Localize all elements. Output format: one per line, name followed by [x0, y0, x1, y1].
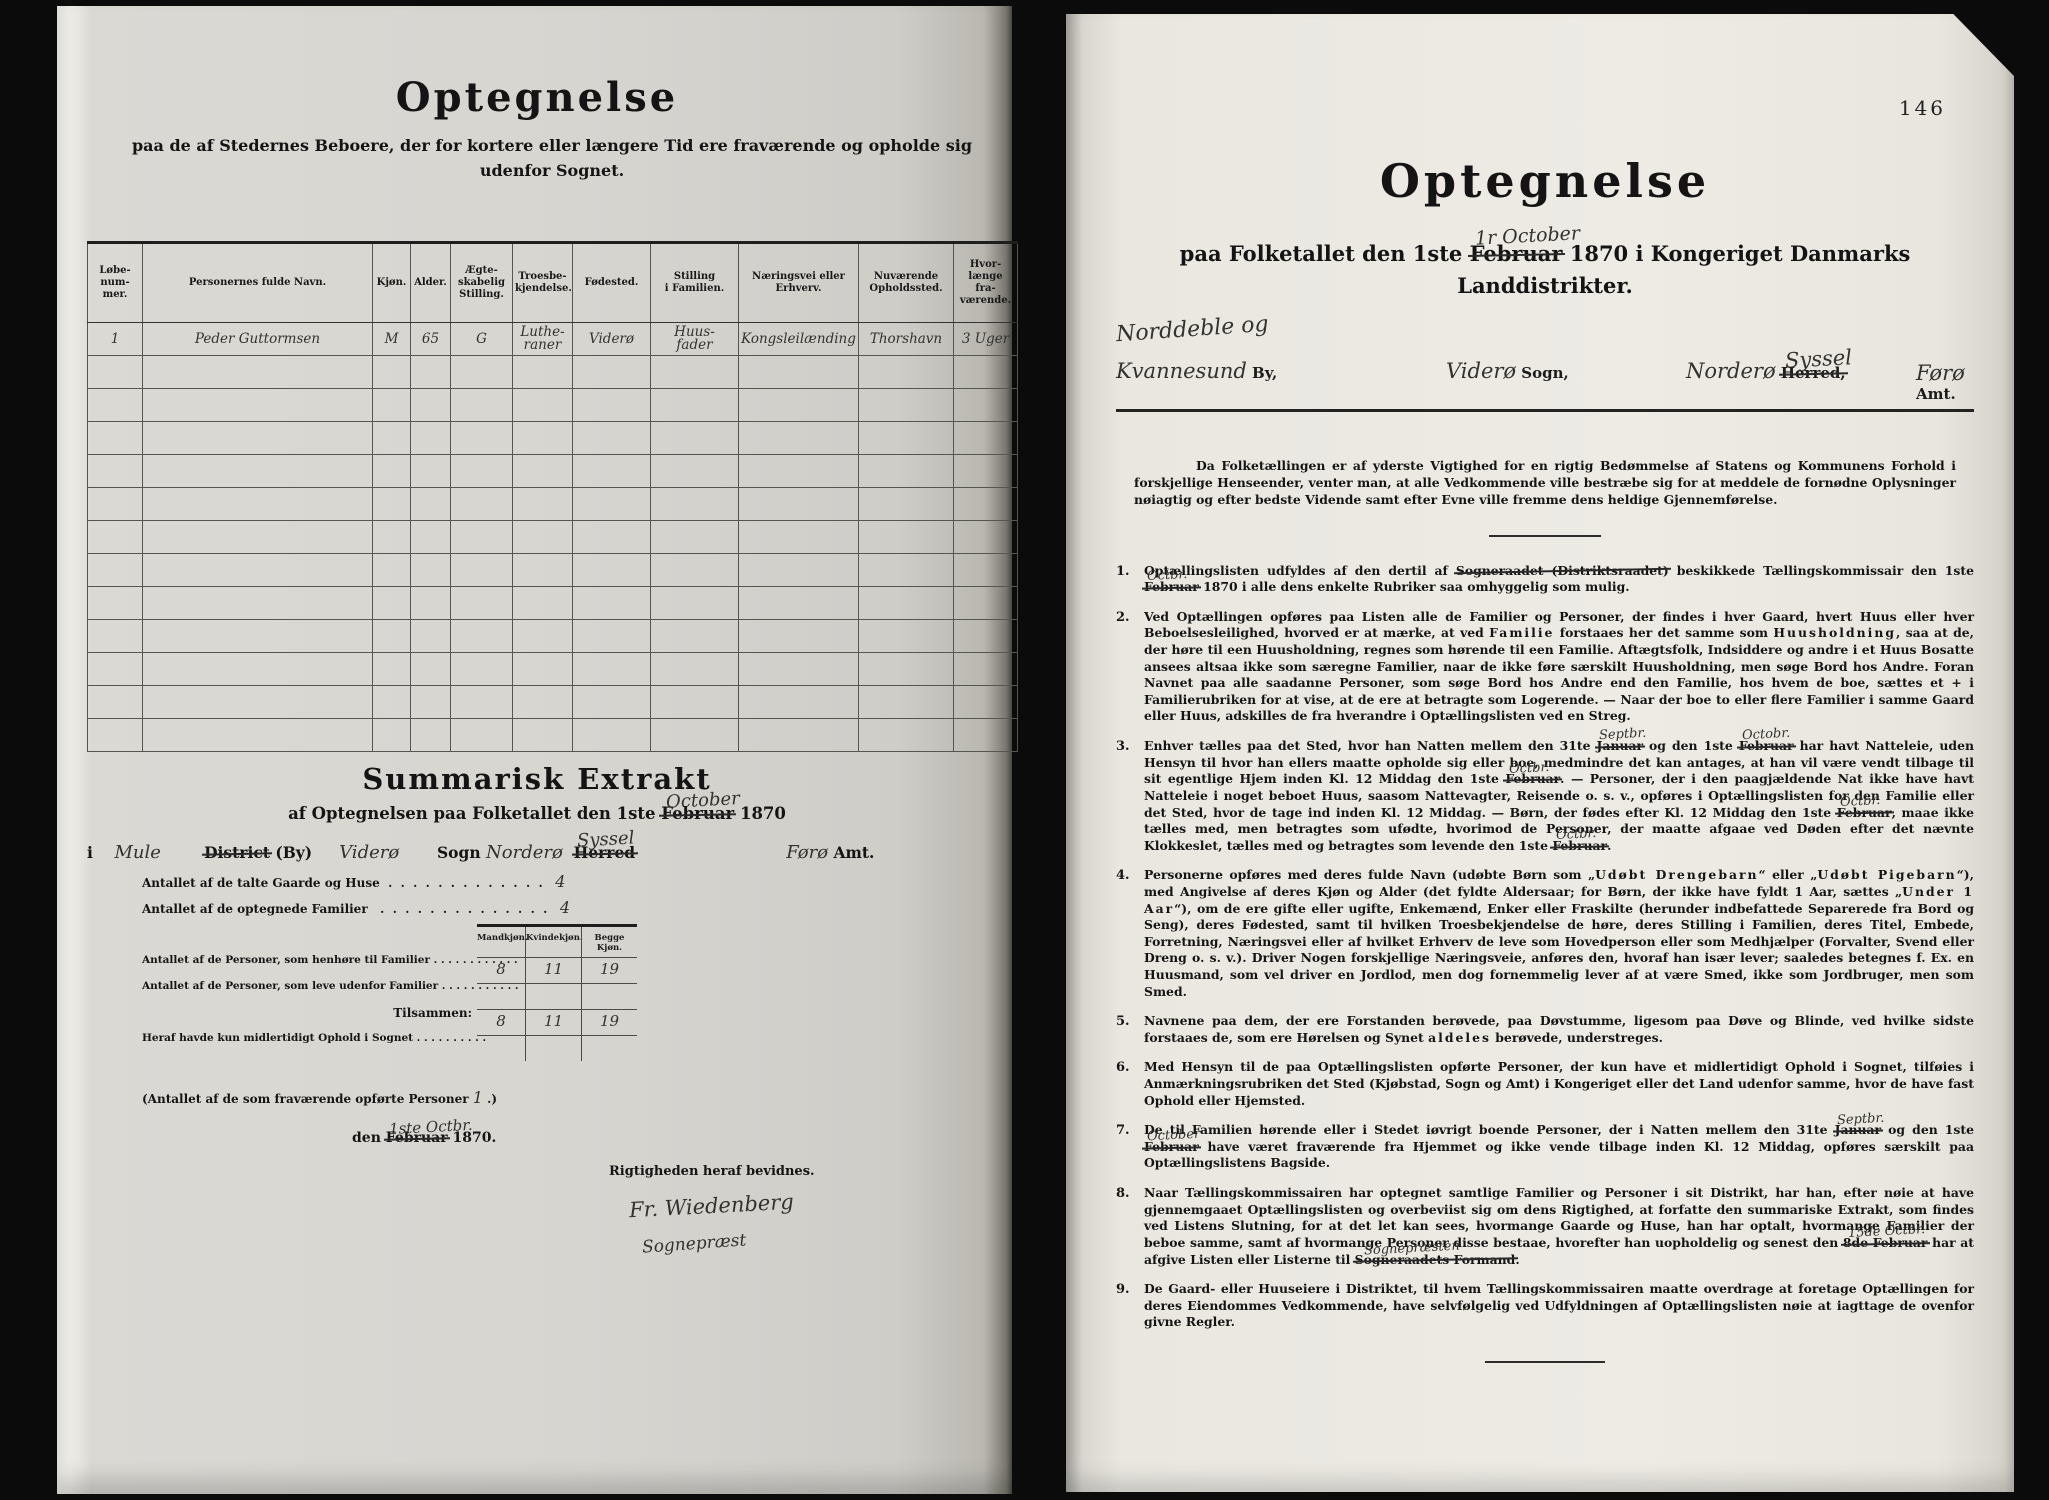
correction: OctoberFebruar — [1144, 1139, 1199, 1154]
right-page-subtitle: paa Folketallet den 1ste 1r OctoberFebru… — [1116, 238, 1974, 301]
struck-text: Februar — [1470, 241, 1563, 266]
table-row-1: 1 Peder Guttormsen M 65 G Luthe- raner V… — [88, 323, 1018, 356]
empty-cell — [373, 389, 411, 422]
empty-cell — [513, 455, 573, 488]
empty-cell — [373, 719, 411, 752]
item-text: Enhver tælles paa det Sted, hvor han Nat… — [1144, 738, 1974, 854]
instruction-item-7: 7. De til Familien hørende eller i Stede… — [1116, 1122, 1974, 1172]
empty-cell — [513, 554, 573, 587]
empty-cell — [513, 653, 573, 686]
instruction-item-6: 6. Med Hensyn til de paa Optællingsliste… — [1116, 1059, 1974, 1109]
struck-text: Sogneraadet (Distriktsraadet) — [1456, 563, 1669, 578]
book-scan: { "left_page": { "title": "Optegnelse", … — [0, 0, 2049, 1500]
item-number: 8. — [1116, 1185, 1144, 1268]
cell-opholdssted: Thorshavn — [859, 323, 954, 356]
struck-text: Herred, — [1781, 364, 1846, 382]
correction: Octbr.Februar — [1505, 771, 1560, 786]
row-label-henhore: Antallet af de Personer, som henhøre til… — [142, 954, 518, 966]
col-aegteskabelig: Ægte- skabelig Stilling. — [451, 243, 513, 323]
col-kjon: Kjøn. — [373, 243, 411, 323]
value-cell — [581, 1036, 637, 1061]
empty-cell — [651, 488, 739, 521]
empty-cell — [88, 389, 143, 422]
empty-cell — [88, 587, 143, 620]
empty-cell — [859, 521, 954, 554]
row-label-udenfor: Antallet af de Personer, som leve udenfo… — [142, 980, 519, 992]
empty-cell — [143, 356, 373, 389]
empty-cell — [954, 389, 1018, 422]
instruction-item-4: 4. Personerne opføres med deres fulde Na… — [1116, 867, 1974, 1000]
empty-cell — [573, 488, 651, 521]
empty-cell — [573, 686, 651, 719]
cell-stilling: Huus- fader — [651, 323, 739, 356]
empty-cell — [954, 455, 1018, 488]
location-parish: Viderø Sogn, — [1446, 359, 1569, 383]
location-village-line1: Norddeble og — [1115, 312, 1269, 348]
correction: OctoberFebruar — [661, 804, 734, 823]
emphasized-text: Under 1 Aar — [1144, 884, 1974, 916]
empty-cell — [88, 719, 143, 752]
empty-cell — [88, 488, 143, 521]
struck-text: Februar — [1505, 771, 1560, 786]
cell-fodested: Viderø — [573, 323, 651, 356]
empty-cell — [373, 521, 411, 554]
empty-cell — [573, 356, 651, 389]
empty-cell — [373, 455, 411, 488]
correction: Octbr.Februar — [1552, 838, 1607, 853]
empty-cell — [513, 620, 573, 653]
empty-cell — [573, 587, 651, 620]
cell-naeringsvei: Kongsleilænding — [739, 323, 859, 356]
empty-cell — [513, 422, 573, 455]
empty-cell — [411, 422, 451, 455]
handwritten-text: Kvannesund — [1116, 359, 1247, 383]
header-beggekjon: Begge Kjøn. — [581, 927, 637, 958]
empty-cell — [651, 554, 739, 587]
location-village-line2: Kvannesund By, — [1116, 359, 1277, 383]
empty-cell — [411, 554, 451, 587]
instruction-item-5: 5. Navnene paa dem, der ere Forstanden b… — [1116, 1013, 1974, 1046]
signature-title: Sognepræst — [641, 1230, 746, 1257]
empty-cell — [739, 719, 859, 752]
emphasized-text: Huusholdning — [1773, 625, 1896, 640]
emphasized-text: Familie — [1489, 625, 1554, 640]
row-label-midlertidigt: Heraf havde kun midlertidigt Ophold i So… — [142, 1032, 486, 1044]
empty-cell — [739, 356, 859, 389]
empty-cell — [954, 422, 1018, 455]
empty-cell — [451, 587, 513, 620]
empty-cell — [411, 653, 451, 686]
absentees-table: Løbe- num- mer. Personernes fulde Navn. … — [87, 241, 1018, 752]
col-stilling: Stilling i Familien. — [651, 243, 739, 323]
handwritten-text: Viderø — [1446, 359, 1516, 383]
date-line: den 1ste Octbr.Februar 1870. — [352, 1130, 496, 1146]
empty-cell — [859, 587, 954, 620]
empty-cell — [88, 356, 143, 389]
empty-cell — [88, 455, 143, 488]
empty-cell — [143, 554, 373, 587]
empty-cell — [451, 488, 513, 521]
table-empty-row — [88, 389, 1018, 422]
empty-cell — [451, 620, 513, 653]
empty-cell — [143, 389, 373, 422]
item-text: Optællingslisten udfyldes af den dertil … — [1144, 563, 1974, 596]
left-page-title: Optegnelse — [87, 74, 987, 121]
col-alder: Alder. — [411, 243, 451, 323]
location-district: Norderø SysselHerred, — [1686, 359, 1846, 383]
empty-cell — [513, 521, 573, 554]
handwritten-text: Norderø — [486, 842, 563, 863]
struck-text: Sogneraadets Formand — [1355, 1252, 1516, 1267]
item-text: Med Hensyn til de paa Optællingslisten o… — [1144, 1059, 1974, 1109]
empty-cell — [88, 686, 143, 719]
empty-cell — [411, 587, 451, 620]
correction: Octobr.Februar — [1739, 738, 1794, 753]
empty-cell — [573, 521, 651, 554]
empty-cell — [651, 455, 739, 488]
correction: Septbr.Januar — [1835, 1122, 1881, 1137]
cell-lobenummer: 1 — [88, 323, 143, 356]
item-text: Ved Optællingen opføres paa Listen alle … — [1144, 609, 1974, 725]
empty-cell — [859, 554, 954, 587]
value-cell: 11 — [525, 958, 581, 984]
empty-cell — [573, 620, 651, 653]
attestation-line: Rigtigheden heraf bevidnes. — [609, 1164, 815, 1179]
empty-cell — [411, 455, 451, 488]
count-gaarde-line: Antallet af de talte Gaarde og Huse . . … — [142, 872, 565, 891]
empty-cell — [143, 455, 373, 488]
table-empty-row — [88, 356, 1018, 389]
empty-cell — [411, 686, 451, 719]
table-empty-row — [88, 686, 1018, 719]
empty-cell — [954, 587, 1018, 620]
empty-cell — [739, 554, 859, 587]
value-cell: 19 — [581, 1010, 637, 1036]
empty-cell — [739, 422, 859, 455]
correction: Octbr.Februar — [1144, 579, 1199, 594]
handwritten-text: 1 — [473, 1088, 483, 1107]
table-empty-row — [88, 455, 1018, 488]
location-line: Norddeble og Kvannesund By, Viderø Sogn,… — [1116, 313, 1974, 405]
struck-text: Januar — [1597, 738, 1643, 753]
item-text: Naar Tællingskommissairen har optegnet s… — [1144, 1185, 1974, 1268]
empty-cell — [739, 488, 859, 521]
empty-cell — [651, 389, 739, 422]
empty-cell — [859, 356, 954, 389]
cell-navn: Peder Guttormsen — [143, 323, 373, 356]
instruction-item-2: 2. Ved Optællingen opføres paa Listen al… — [1116, 609, 1974, 725]
empty-cell — [954, 521, 1018, 554]
empty-cell — [513, 389, 573, 422]
empty-cell — [88, 653, 143, 686]
empty-cell — [143, 653, 373, 686]
empty-cell — [373, 653, 411, 686]
empty-cell — [573, 653, 651, 686]
value-cell — [525, 984, 581, 1010]
table-header-row: Løbe- num- mer. Personernes fulde Navn. … — [88, 243, 1018, 323]
empty-cell — [859, 686, 954, 719]
empty-cell — [513, 356, 573, 389]
empty-cell — [411, 620, 451, 653]
table-head: Løbe- num- mer. Personernes fulde Navn. … — [88, 243, 1018, 323]
empty-cell — [954, 488, 1018, 521]
empty-cell — [573, 455, 651, 488]
col-naeringsvei: Næringsvei eller Erhverv. — [739, 243, 859, 323]
empty-cell — [373, 356, 411, 389]
value-cell: 19 — [581, 958, 637, 984]
struck-text: Januar — [1835, 1122, 1881, 1137]
empty-cell — [373, 488, 411, 521]
correction: Septbr.Januar — [1597, 738, 1643, 753]
empty-cell — [651, 521, 739, 554]
handwritten-text: 4 — [555, 872, 565, 891]
empty-cell — [451, 356, 513, 389]
location-county: Førø Amt. — [1916, 361, 1974, 403]
table-empty-row — [88, 554, 1018, 587]
instructions-list: 1. Optællingslisten udfyldes af den dert… — [1116, 563, 1974, 1331]
correction: Octbr.Februar — [1837, 805, 1892, 820]
left-page: Optegnelse paa de af Stedernes Beboere, … — [57, 6, 1012, 1494]
empty-cell — [88, 554, 143, 587]
correction: 1ste Octbr.Februar — [386, 1130, 448, 1146]
empty-cell — [859, 620, 954, 653]
col-opholdssted: Nuværende Opholdssted. — [859, 243, 954, 323]
empty-cell — [451, 521, 513, 554]
cell-kjon: M — [373, 323, 411, 356]
struck-text: Februar — [1739, 738, 1794, 753]
empty-cell — [859, 653, 954, 686]
handwritten-text: Førø — [786, 842, 828, 863]
empty-cell — [859, 422, 954, 455]
empty-cell — [88, 521, 143, 554]
correction: 15de Octbr.8de Februar — [1843, 1235, 1928, 1250]
struck-text: Februar — [1144, 579, 1199, 594]
header-kvindekjon: Kvindekjøn. — [525, 927, 581, 958]
row-label-tilsammen: Tilsammen: — [142, 1006, 472, 1020]
cell-aegteskabelig: G — [451, 323, 513, 356]
correction: 1r OctoberFebruar — [1470, 241, 1563, 266]
empty-cell — [651, 356, 739, 389]
empty-cell — [573, 422, 651, 455]
table-empty-row — [88, 620, 1018, 653]
item-number: 3. — [1116, 738, 1144, 854]
extract-title: Summarisk Extrakt — [87, 762, 987, 796]
correction: SognepræstenSogneraadets Formand — [1355, 1252, 1516, 1267]
extract-subtitle: af Optegnelsen paa Folketallet den 1ste … — [87, 804, 987, 823]
empty-cell — [651, 686, 739, 719]
table-empty-row — [88, 422, 1018, 455]
empty-cell — [954, 719, 1018, 752]
value-cell: 11 — [525, 1010, 581, 1036]
empty-cell — [451, 455, 513, 488]
empty-cell — [451, 686, 513, 719]
table-empty-row — [88, 521, 1018, 554]
empty-cell — [411, 521, 451, 554]
instruction-item-9: 9. De Gaard- eller Huuseiere i Distrikte… — [1116, 1281, 1974, 1331]
col-fodested: Fødested. — [573, 243, 651, 323]
value-cell — [525, 1036, 581, 1061]
empty-cell — [954, 686, 1018, 719]
table-empty-row — [88, 488, 1018, 521]
empty-cell — [573, 389, 651, 422]
left-page-subtitle: paa de af Stedernes Beboere, der for kor… — [87, 134, 1017, 184]
item-text: Navnene paa dem, der ere Forstanden berø… — [1144, 1013, 1974, 1046]
empty-cell — [143, 488, 373, 521]
handwritten-text: Norderø — [1686, 359, 1776, 383]
struck-text: Herred — [574, 843, 636, 862]
item-number: 4. — [1116, 867, 1144, 1000]
empty-cell — [513, 587, 573, 620]
empty-cell — [859, 455, 954, 488]
empty-cell — [411, 356, 451, 389]
end-divider — [1485, 1361, 1605, 1363]
instruction-item-1: 1. Optællingslisten udfyldes af den dert… — [1116, 563, 1974, 596]
empty-cell — [513, 719, 573, 752]
cell-alder: 65 — [411, 323, 451, 356]
instruction-item-3: 3. Enhver tælles paa det Sted, hvor han … — [1116, 738, 1974, 854]
empty-cell — [143, 422, 373, 455]
empty-cell — [411, 719, 451, 752]
table-empty-row — [88, 653, 1018, 686]
correction: SysselHerred, — [1781, 364, 1846, 382]
col-lobenummer: Løbe- num- mer. — [88, 243, 143, 323]
item-number: 6. — [1116, 1059, 1144, 1109]
item-text: De Gaard- eller Huuseiere i Distriktet, … — [1144, 1281, 1974, 1331]
empty-cell — [651, 719, 739, 752]
empty-cell — [451, 422, 513, 455]
page-number: 146 — [1899, 96, 1946, 120]
empty-cell — [954, 620, 1018, 653]
col-troesbekjendelse: Troesbe- kjendelse. — [513, 243, 573, 323]
empty-cell — [739, 587, 859, 620]
empty-cell — [451, 389, 513, 422]
empty-cell — [954, 554, 1018, 587]
right-page-content: 146 Optegnelse paa Folketallet den 1ste … — [1116, 14, 1974, 1492]
correction: SysselHerred — [574, 843, 636, 862]
empty-cell — [859, 719, 954, 752]
struck-text: Februar — [1837, 805, 1892, 820]
handwritten-text: Viderø — [339, 842, 399, 863]
empty-cell — [739, 653, 859, 686]
empty-cell — [739, 686, 859, 719]
extract-sex-table: Mandkjøn. Kvindekjøn. Begge Kjøn. 8 11 1… — [477, 924, 637, 1061]
empty-cell — [373, 422, 411, 455]
section-divider — [1489, 535, 1601, 537]
item-number: 5. — [1116, 1013, 1144, 1046]
item-number: 1. — [1116, 563, 1144, 596]
empty-cell — [88, 620, 143, 653]
struck-text: District — [204, 843, 270, 862]
empty-cell — [859, 389, 954, 422]
empty-cell — [513, 686, 573, 719]
empty-cell — [954, 356, 1018, 389]
empty-cell — [143, 521, 373, 554]
empty-cell — [373, 554, 411, 587]
empty-cell — [451, 554, 513, 587]
item-text: De til Familien hørende eller i Stedet i… — [1144, 1122, 1974, 1172]
struck-text: Februar — [661, 804, 734, 823]
handwritten-text: Førø — [1916, 361, 1965, 385]
cell-hvorlaenge: 3 Uger — [954, 323, 1018, 356]
header-rule — [1116, 409, 1974, 412]
emphasized-text: aldeles — [1428, 1030, 1491, 1045]
intro-paragraph: Da Folketællingen er af yderste Vigtighe… — [1134, 458, 1956, 509]
empty-cell — [739, 455, 859, 488]
handwritten-text: Mule — [114, 842, 160, 863]
handwritten-text: 4 — [560, 898, 570, 917]
cell-troesbekjendelse: Luthe- raner — [513, 323, 573, 356]
empty-cell — [88, 422, 143, 455]
item-number: 9. — [1116, 1281, 1144, 1331]
empty-cell — [859, 488, 954, 521]
empty-cell — [739, 521, 859, 554]
emphasized-text: Udøbt Pigebarn — [1817, 867, 1956, 882]
empty-cell — [451, 653, 513, 686]
empty-cell — [143, 719, 373, 752]
absentees-tbody: 1 Peder Guttormsen M 65 G Luthe- raner V… — [88, 323, 1018, 752]
struck-text: 8de Februar — [1843, 1235, 1928, 1250]
struck-text: Februar — [1552, 838, 1607, 853]
empty-cell — [739, 389, 859, 422]
table-empty-row — [88, 587, 1018, 620]
empty-cell — [651, 620, 739, 653]
empty-cell — [573, 554, 651, 587]
emphasized-text: Udøbt Drengebarn — [1595, 867, 1758, 882]
empty-cell — [411, 389, 451, 422]
signature-name: Fr. Wiedenberg — [628, 1190, 794, 1223]
col-hvorlaenge: Hvor- længe fra- værende. — [954, 243, 1018, 323]
value-cell — [581, 984, 637, 1010]
col-navn: Personernes fulde Navn. — [143, 243, 373, 323]
empty-cell — [373, 587, 411, 620]
instruction-item-8: 8. Naar Tællingskommissairen har optegne… — [1116, 1185, 1974, 1268]
empty-cell — [451, 719, 513, 752]
item-number: 7. — [1116, 1122, 1144, 1172]
empty-cell — [143, 620, 373, 653]
table-empty-row — [88, 719, 1018, 752]
empty-cell — [651, 422, 739, 455]
empty-cell — [513, 488, 573, 521]
empty-cell — [651, 653, 739, 686]
count-familier-line: Antallet af de optegnede Familier . . . … — [142, 898, 570, 917]
empty-cell — [651, 587, 739, 620]
item-number: 2. — [1116, 609, 1144, 725]
struck-text: Februar — [386, 1130, 448, 1146]
item-text: Personerne opføres med deres fulde Navn … — [1144, 867, 1974, 1000]
empty-cell — [373, 686, 411, 719]
right-page-title: Optegnelse — [1116, 14, 1974, 208]
empty-cell — [373, 620, 411, 653]
empty-cell — [411, 488, 451, 521]
empty-cell — [143, 686, 373, 719]
empty-cell — [739, 620, 859, 653]
empty-cell — [954, 653, 1018, 686]
empty-cell — [143, 587, 373, 620]
absent-persons-line: (Antallet af de som fraværende opførte P… — [142, 1088, 497, 1107]
extract-location-line: i Mule District (By) Viderø Sogn Norderø… — [87, 842, 1017, 863]
empty-cell — [573, 719, 651, 752]
struck-text: Februar — [1144, 1139, 1199, 1154]
right-page: 146 Optegnelse paa Folketallet den 1ste … — [1066, 14, 2014, 1492]
